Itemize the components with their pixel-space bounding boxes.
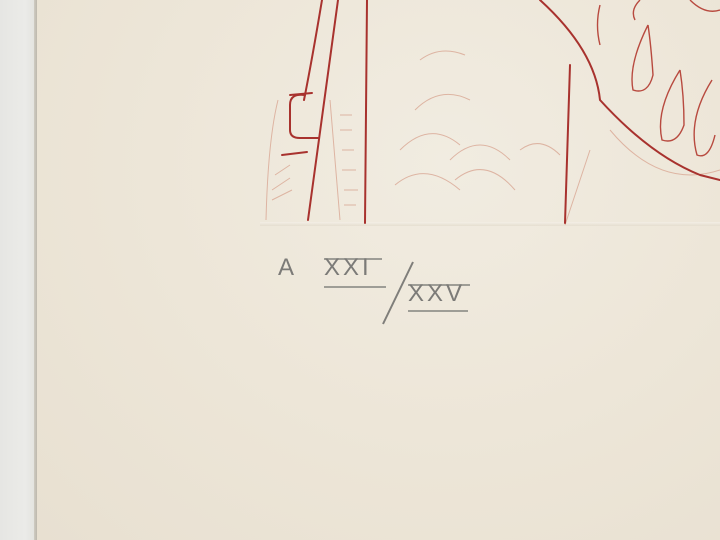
edition-inscription: A XXI XXV — [274, 246, 494, 326]
edition-prefix: A — [278, 254, 297, 282]
edition-numerator: XXI — [324, 254, 372, 282]
numerator-underline — [324, 286, 386, 288]
edition-denominator: XXV — [408, 280, 465, 308]
denominator-underline — [408, 310, 468, 312]
